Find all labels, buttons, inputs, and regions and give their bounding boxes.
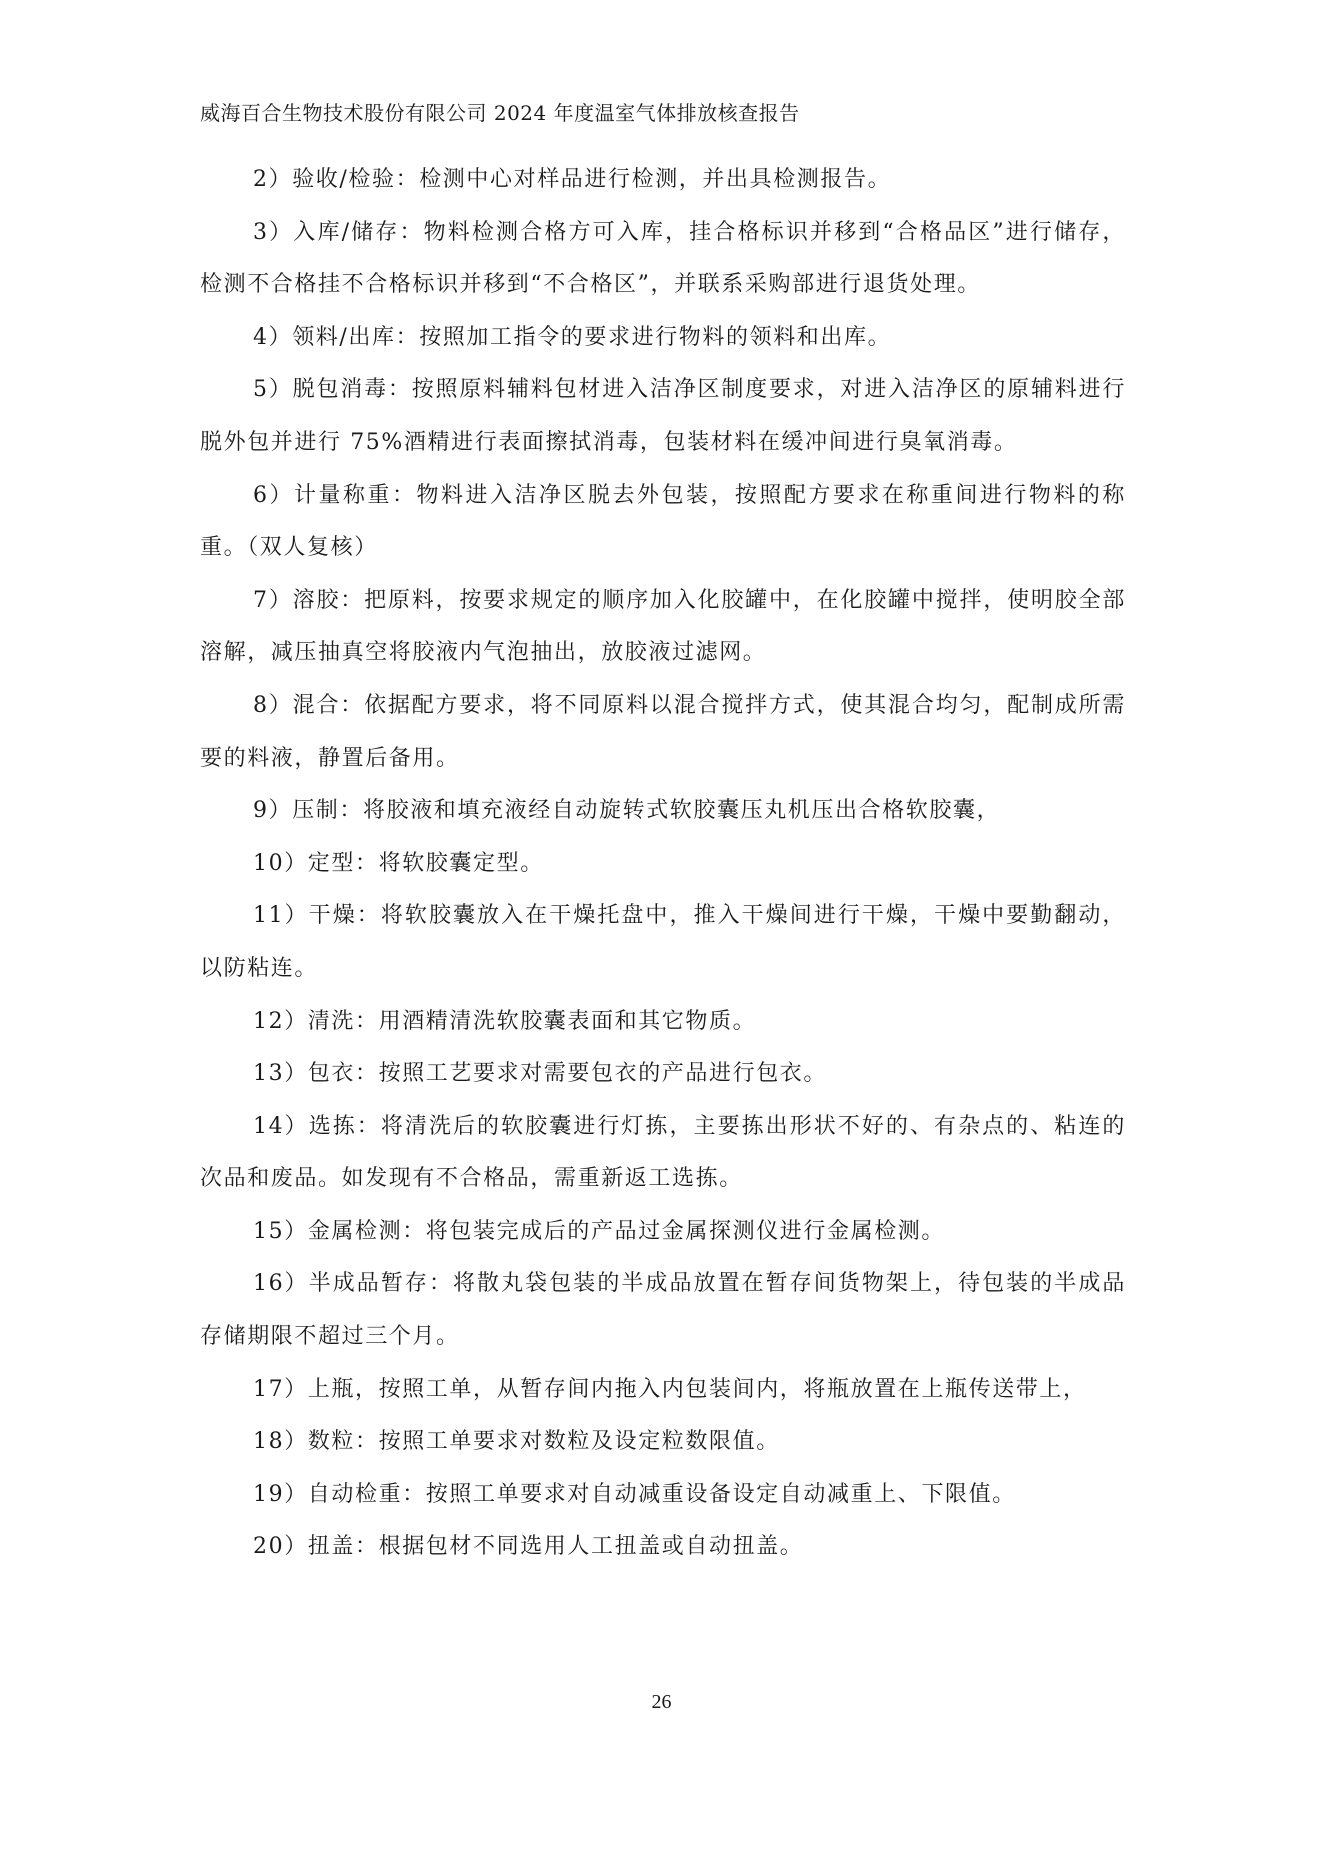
paragraph-step-19: 19）自动检重：按照工单要求对自动减重设备设定自动减重上、下限值。 <box>200 1469 1126 1522</box>
paragraph-step-13: 13）包衣：按照工艺要求对需要包衣的产品进行包衣。 <box>200 1048 1126 1101</box>
paragraph-step-3: 3）入库/储存：物料检测合格方可入库，挂合格标识并移到“合格品区”进行储存，检测… <box>200 207 1126 312</box>
paragraph-step-16: 16）半成品暂存：将散丸袋包装的半成品放置在暂存间货物架上，待包装的半成品存储期… <box>200 1258 1126 1363</box>
paragraph-step-18: 18）数粒：按照工单要求对数粒及设定粒数限值。 <box>200 1416 1126 1469</box>
paragraph-step-20: 20）扭盖：根据包材不同选用人工扭盖或自动扭盖。 <box>200 1521 1126 1574</box>
paragraph-step-8: 8）混合：依据配方要求，将不同原料以混合搅拌方式，使其混合均匀，配制成所需要的料… <box>200 680 1126 785</box>
document-body: 2）验收/检验：检测中心对样品进行检测，并出具检测报告。 3）入库/储存：物料检… <box>200 154 1126 1574</box>
paragraph-step-10: 10）定型：将软胶囊定型。 <box>200 838 1126 891</box>
paragraph-step-4: 4）领料/出库：按照加工指令的要求进行物料的领料和出库。 <box>200 312 1126 365</box>
paragraph-step-9: 9）压制：将胶液和填充液经自动旋转式软胶囊压丸机压出合格软胶囊， <box>200 785 1126 838</box>
paragraph-step-17: 17）上瓶，按照工单，从暂存间内拖入内包装间内，将瓶放置在上瓶传送带上， <box>200 1364 1126 1417</box>
paragraph-step-15: 15）金属检测：将包装完成后的产品过金属探测仪进行金属检测。 <box>200 1206 1126 1259</box>
paragraph-step-5: 5）脱包消毒：按照原料辅料包材进入洁净区制度要求，对进入洁净区的原辅料进行脱外包… <box>200 364 1126 469</box>
page-number: 26 <box>0 1691 1323 1714</box>
paragraph-step-11: 11）干燥：将软胶囊放入在干燥托盘中，推入干燥间进行干燥，干燥中要勤翻动，以防粘… <box>200 890 1126 995</box>
paragraph-step-6: 6）计量称重：物料进入洁净区脱去外包装，按照配方要求在称重间进行物料的称重。（双… <box>200 470 1126 575</box>
paragraph-step-14: 14）选拣：将清洗后的软胶囊进行灯拣，主要拣出形状不好的、有杂点的、粘连的次品和… <box>200 1101 1126 1206</box>
report-header: 威海百合生物技术股份有限公司 2024 年度温室气体排放核查报告 <box>200 98 800 128</box>
paragraph-step-12: 12）清洗：用酒精清洗软胶囊表面和其它物质。 <box>200 996 1126 1049</box>
paragraph-step-2: 2）验收/检验：检测中心对样品进行检测，并出具检测报告。 <box>200 154 1126 207</box>
paragraph-step-7: 7）溶胶：把原料，按要求规定的顺序加入化胶罐中，在化胶罐中搅拌，使明胶全部溶解，… <box>200 575 1126 680</box>
